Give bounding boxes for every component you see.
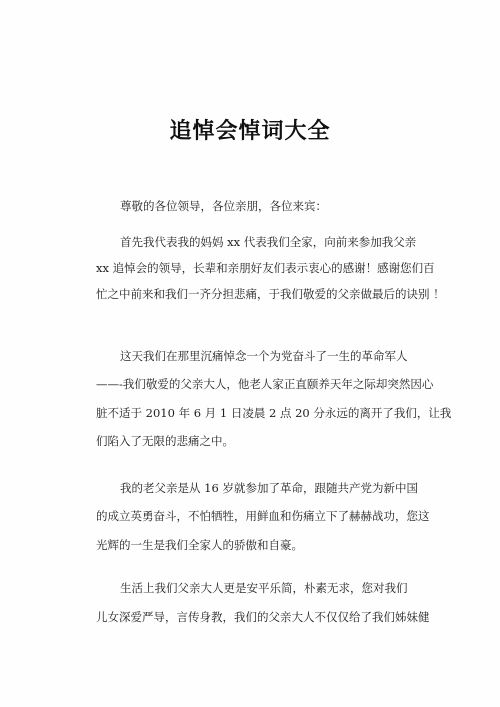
salutation: 尊敬的各位领导，各位亲朋，各位来宾： bbox=[120, 198, 327, 214]
paragraph-3-line-1: 我的老父亲是从 16 岁就参加了革命，跟随共产党为新中国 bbox=[120, 480, 418, 496]
paragraph-1-line-1: 首先我代表我的妈妈 xx 代表我们全家，向前来参加我父亲 bbox=[120, 234, 416, 250]
paragraph-4-line-2: 儿女深爱严导，言传身教，我们的父亲大人不仅仅给了我们姊妹健 bbox=[96, 609, 430, 625]
paragraph-2-line-1: 这天我们在那里沉痛悼念一个为党奋斗了一生的革命军人 bbox=[120, 348, 408, 364]
paragraph-2-line-2: ——-我们敬爱的父亲大人，他老人家正直颐养天年之际却突然因心 bbox=[96, 376, 433, 392]
paragraph-2-line-4: 们陷入了无限的悲痛之中。 bbox=[96, 433, 234, 449]
paragraph-1-line-2: xx 追悼会的领导，长辈和亲朋好友们表示衷心的感谢！感谢您们百 bbox=[96, 260, 435, 276]
paragraph-1-line-3: 忙之中前来和我们一齐分担悲痛，于我们敬爱的父亲做最后的诀别 ！ bbox=[96, 286, 445, 302]
document-page: 追悼会悼词大全 尊敬的各位领导，各位亲朋，各位来宾： 首先我代表我的妈妈 xx … bbox=[0, 0, 500, 707]
paragraph-3-line-3: 光辉的一生是我们全家人的骄傲和自豪。 bbox=[96, 537, 303, 553]
paragraph-2-line-3: 脏不适于 2010 年 6 月 1 日凌晨 2 点 20 分永远的离开了我们，让… bbox=[96, 405, 451, 421]
paragraph-3-line-2: 的成立英勇奋斗，不怕牺牲，用鲜血和伤痛立下了赫赫战功，您这 bbox=[96, 508, 430, 524]
document-title: 追悼会悼词大全 bbox=[0, 117, 500, 147]
paragraph-4-line-1: 生活上我们父亲大人更是安平乐简，朴素无求，您对我们 bbox=[120, 580, 408, 596]
